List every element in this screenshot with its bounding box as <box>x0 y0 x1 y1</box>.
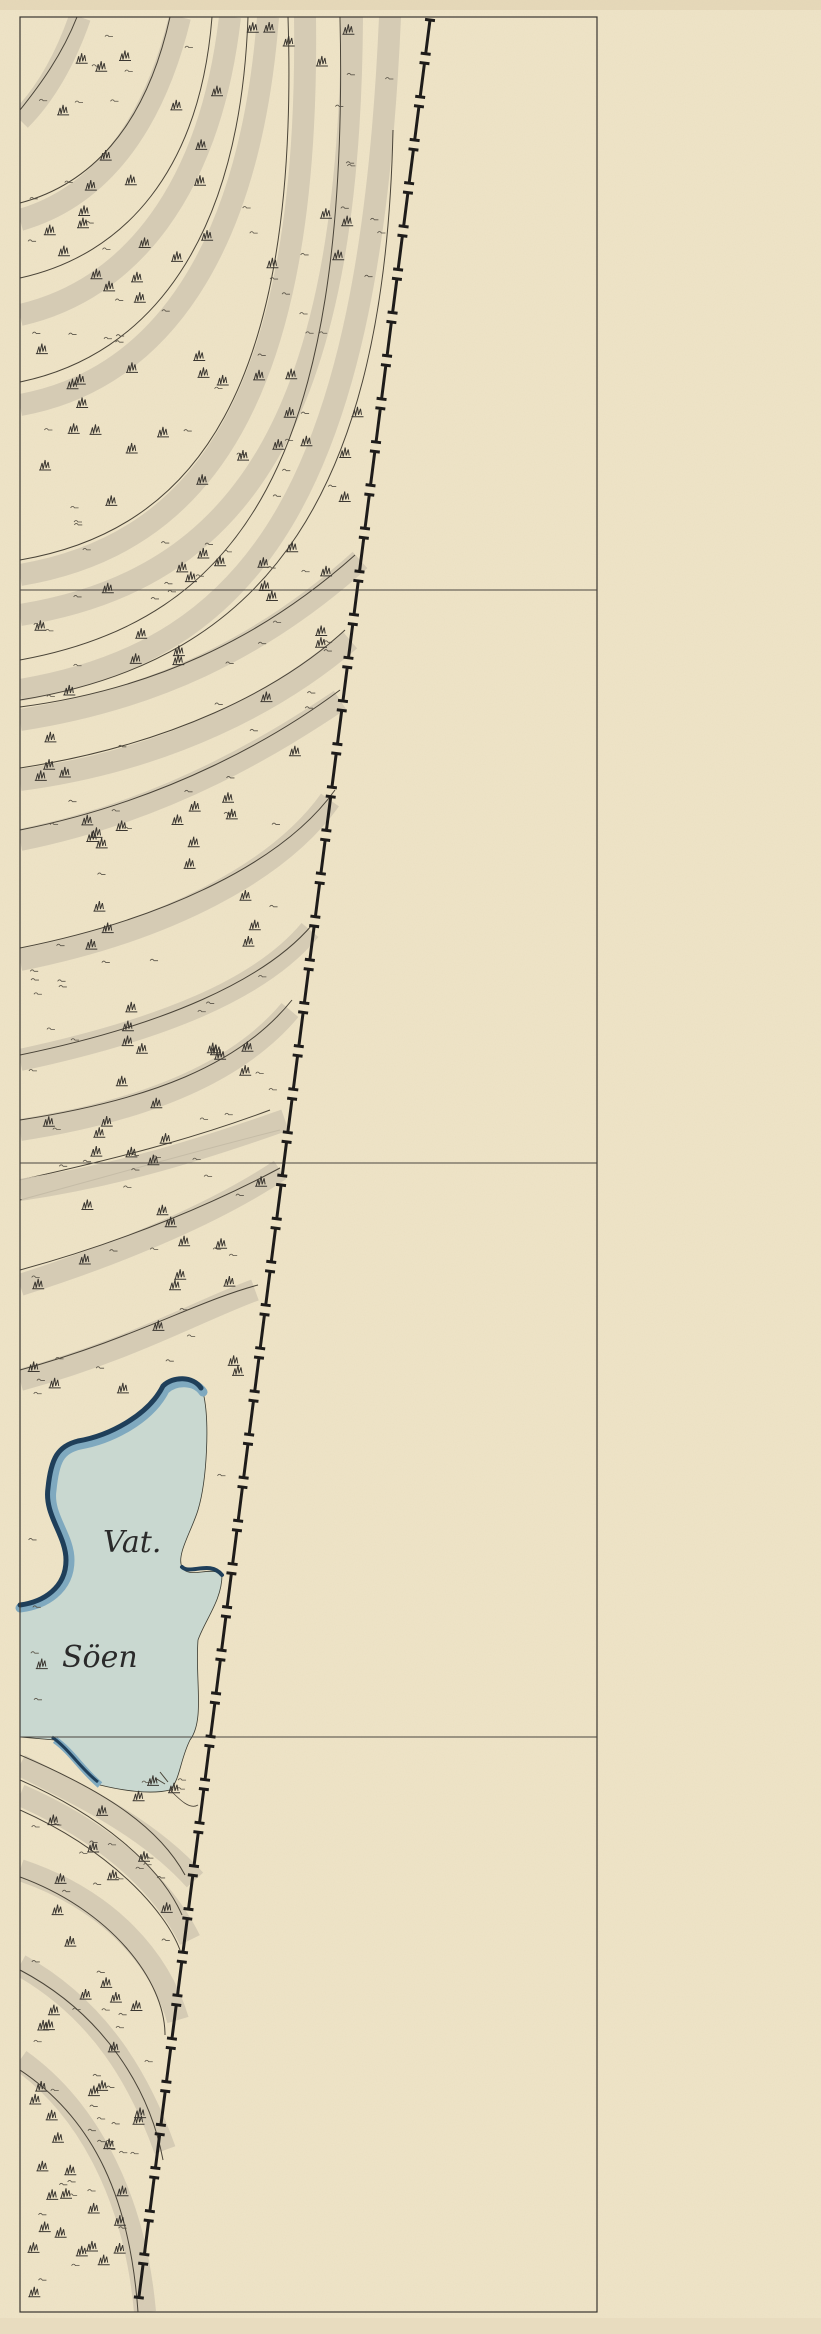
lake-name-line2: Söen <box>62 1640 138 1675</box>
lake-name-line1: Vat. <box>103 1525 161 1560</box>
map-sheet: Vat. Söen <box>0 0 821 2334</box>
